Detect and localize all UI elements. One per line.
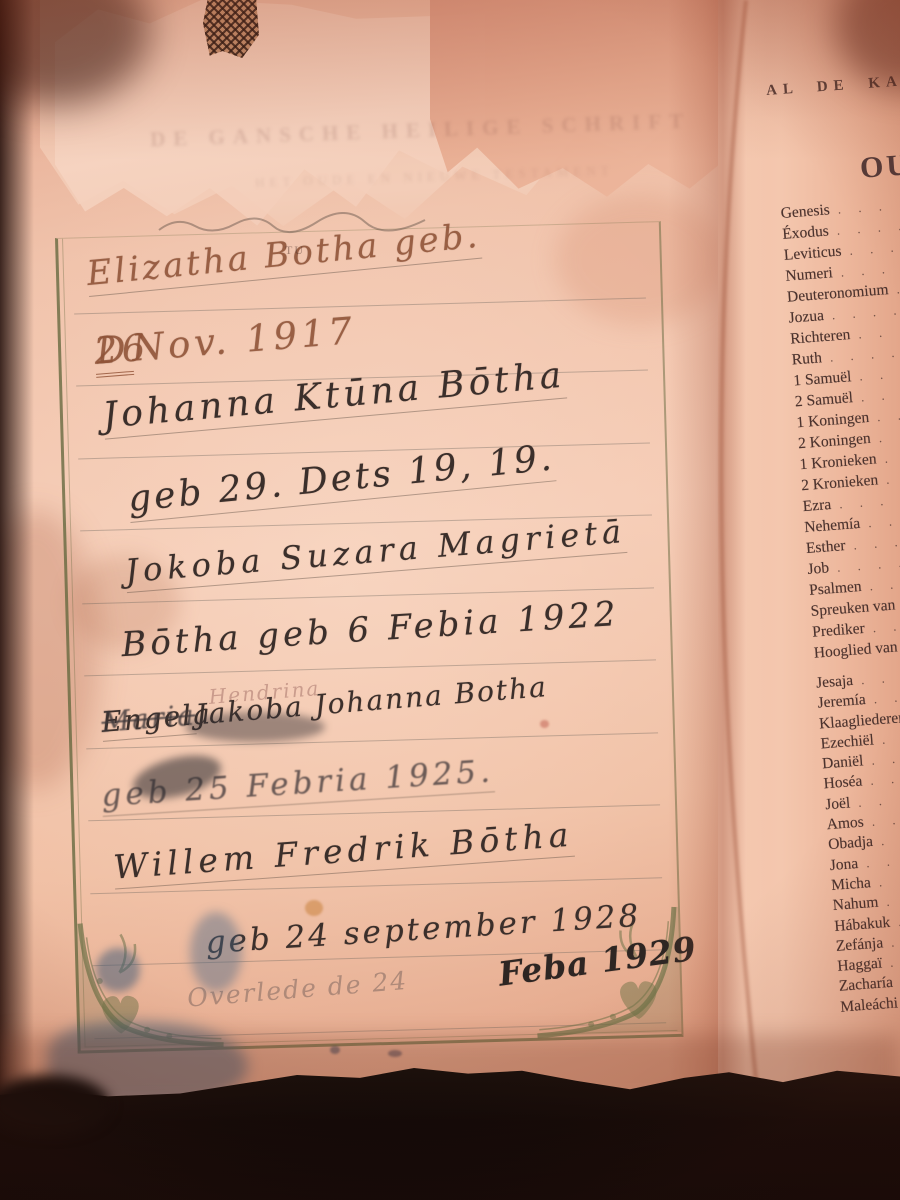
book-name: Jesaja	[815, 671, 853, 694]
book-name: Amos	[826, 813, 864, 836]
lighting-cast	[0, 0, 900, 160]
blue-ink-stain	[96, 948, 140, 992]
struck-name: Maria	[100, 698, 197, 738]
foxing-spot	[540, 720, 549, 728]
page-edge-shadow	[0, 0, 34, 1200]
entry-date-1917: 26 D Nov. 1917	[92, 327, 133, 373]
book-name: Job	[807, 557, 830, 580]
pencil-scribble	[155, 212, 435, 240]
entry-name-engela: Engela Maria Jakoba Johanna Botha	[100, 698, 197, 741]
foxing-spot	[305, 900, 323, 916]
gutter-crease	[660, 0, 800, 1200]
book-list-section-2: JesajaJeremíaKlaagliederenEzechiëlDaniël…	[815, 656, 900, 1018]
book-name: Jona	[829, 854, 859, 876]
stamp-mark: TU	[285, 243, 305, 258]
book-name: Joël	[825, 793, 851, 815]
book-name: Ezra	[802, 494, 832, 517]
book-name: Esther	[805, 535, 846, 559]
ink-smudge	[185, 712, 325, 742]
book-name: Maleáchi	[840, 993, 899, 1018]
bible-register-photo: Elizatha Botha geb. 26 D Nov. 1917 Johan…	[0, 0, 900, 1200]
register-frame: Elizatha Botha geb. 26 D Nov. 1917 Johan…	[55, 221, 684, 1054]
blue-ink-stain	[190, 912, 242, 992]
